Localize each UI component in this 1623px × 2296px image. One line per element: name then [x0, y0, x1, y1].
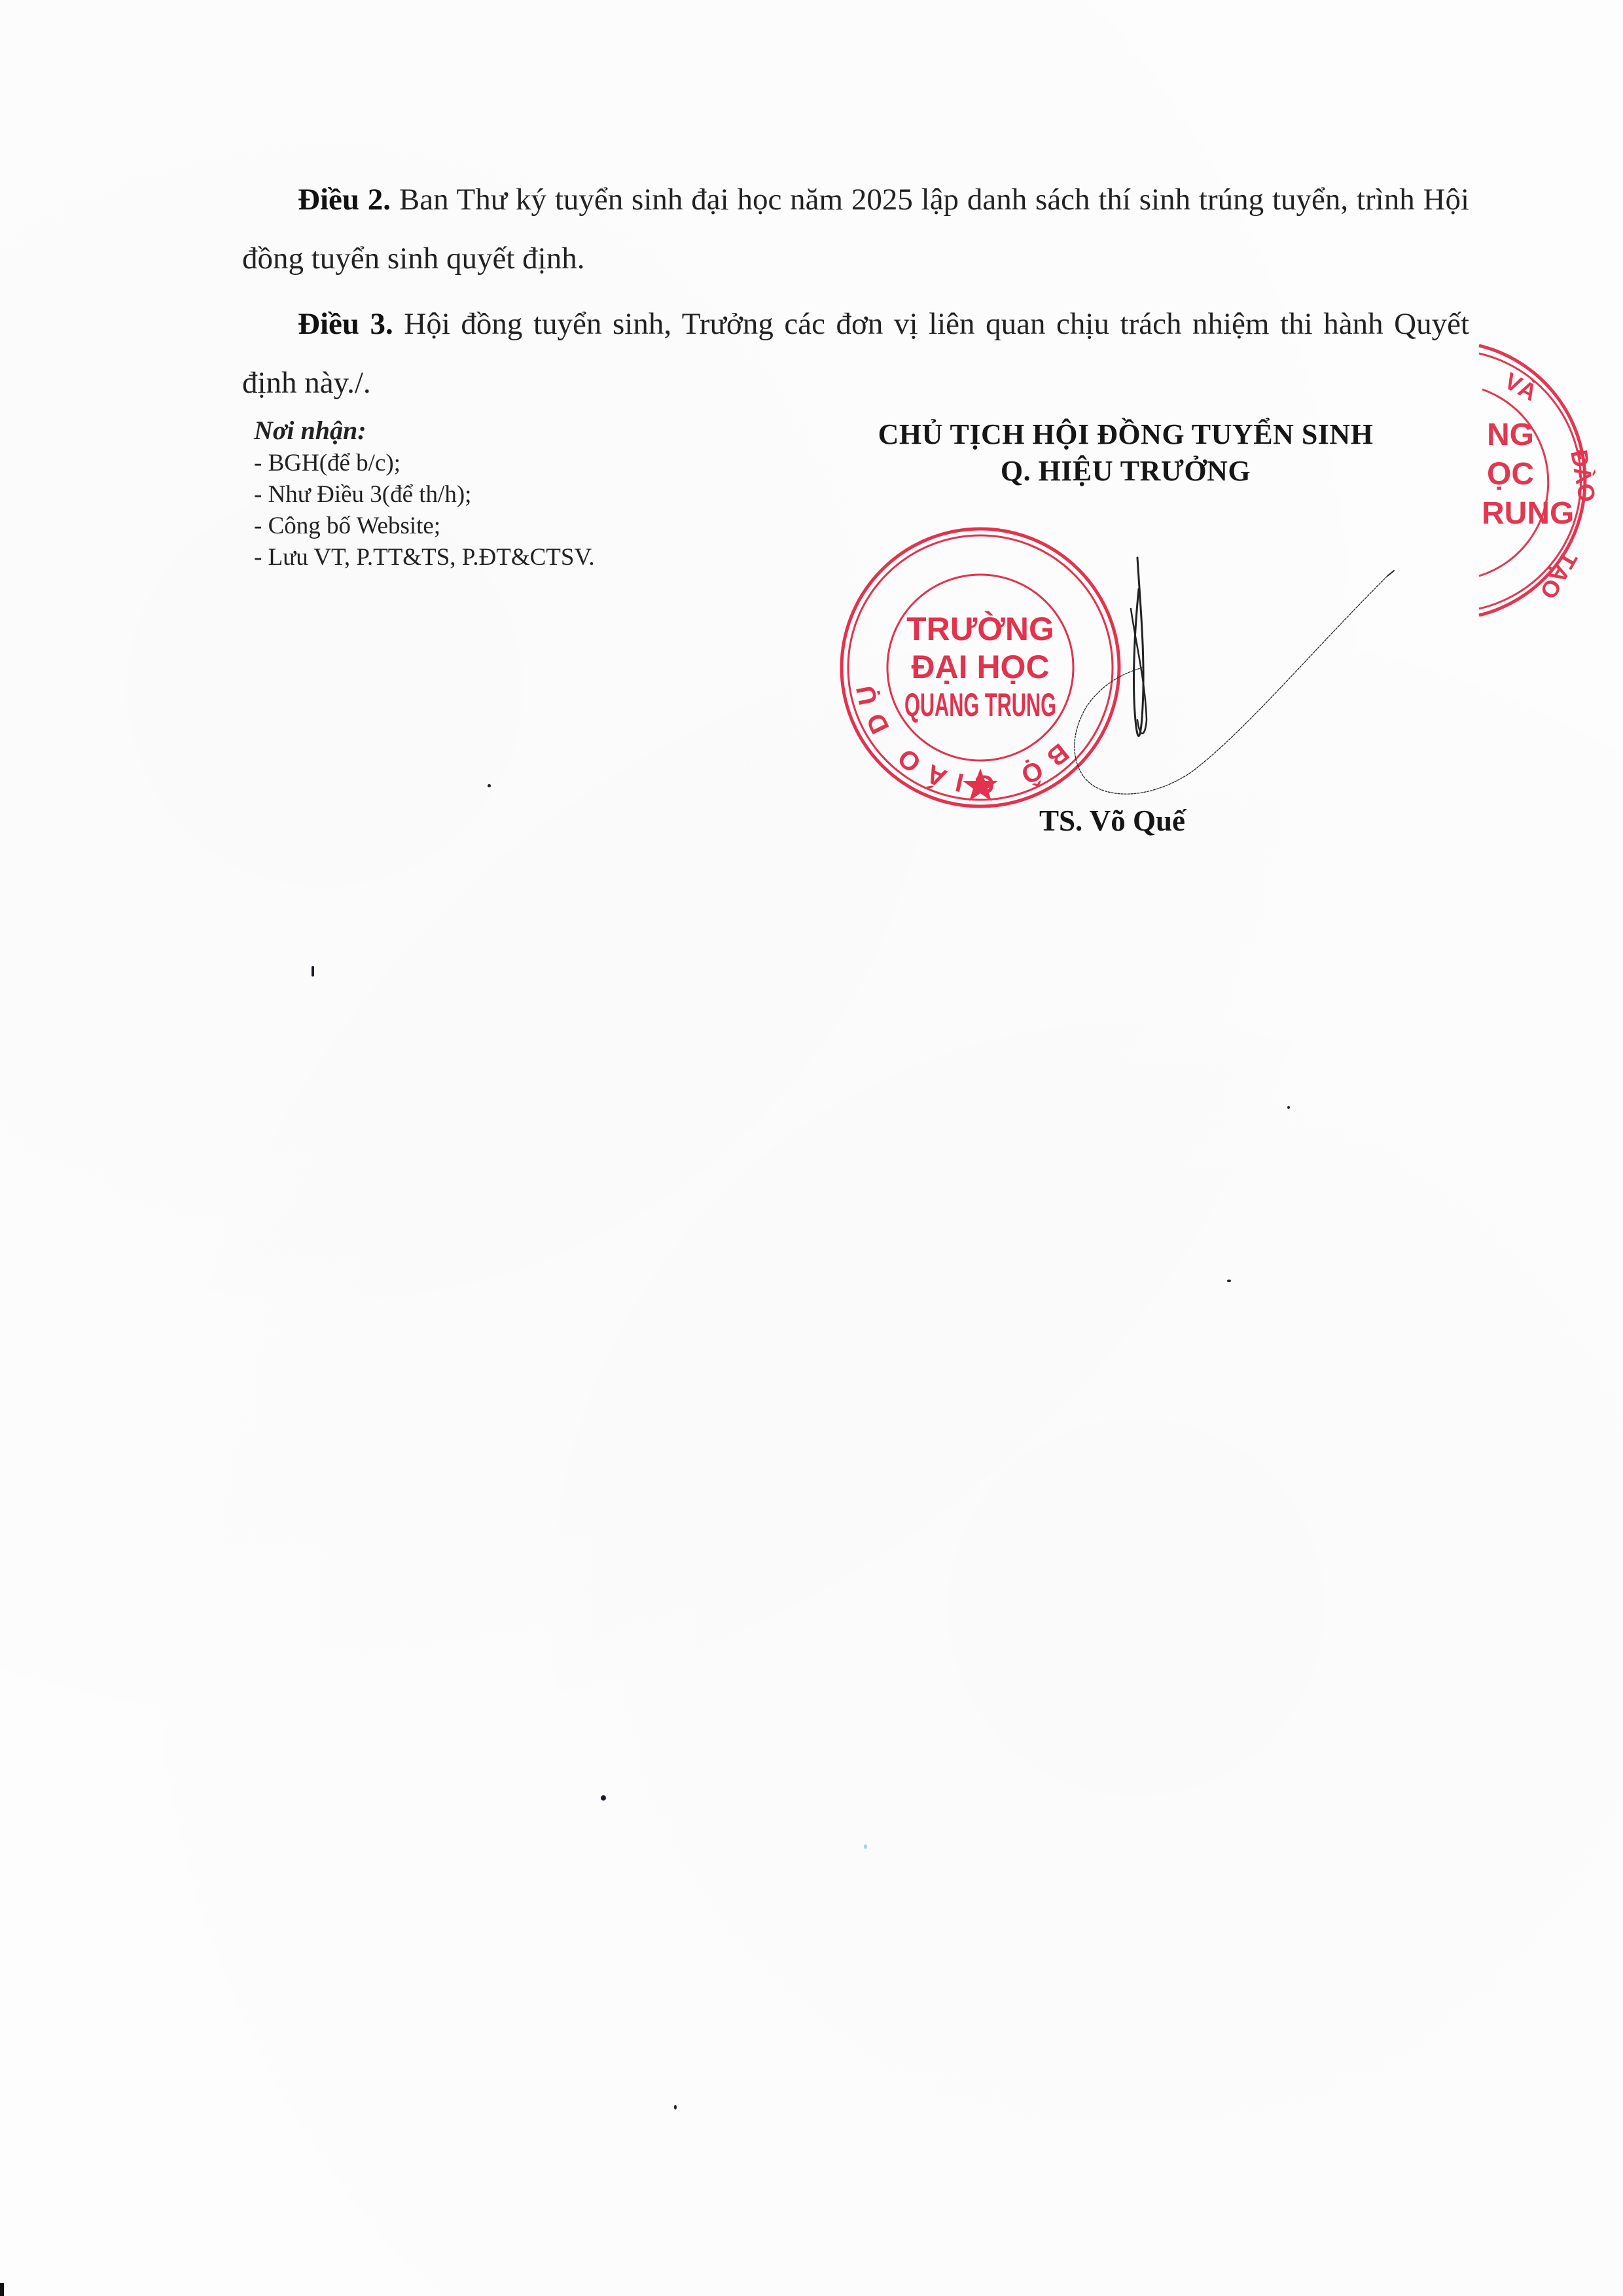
- article-2-label: Điều 2.: [298, 183, 391, 217]
- article-3-label: Điều 3.: [298, 307, 393, 341]
- article-2-paragraph: Điều 2. Ban Thư ký tuyển sinh đại học nă…: [242, 170, 1469, 288]
- signer-name: TS. Võ Quế: [1039, 804, 1185, 838]
- partial-stamp-inner-3: RUNG: [1482, 496, 1574, 531]
- recipients-title: Nơi nhận:: [254, 414, 595, 448]
- scan-speck: [674, 2105, 677, 2109]
- stamp-inner-line-1: TRƯỜNG: [906, 611, 1054, 647]
- scan-edge-mark: [0, 2283, 4, 2296]
- article-3-paragraph: Điều 3. Hội đồng tuyển sinh, Trưởng các …: [242, 295, 1469, 412]
- scan-speck: [312, 966, 314, 977]
- stamp-inner-line-2: ĐẠI HỌC: [911, 649, 1049, 685]
- document-page: Điều 2. Ban Thư ký tuyển sinh đại học nă…: [0, 0, 1623, 2296]
- partial-stamp-inner-2: ỌC: [1487, 457, 1534, 492]
- scan-speck: [1227, 1280, 1231, 1282]
- recipient-item: - Công bố Website;: [254, 511, 595, 542]
- partial-seal-stamp: VÀ ĐÀO TẠO NG ỌC RUNG: [1315, 327, 1623, 628]
- partial-stamp-inner-1: NG: [1487, 418, 1534, 452]
- scan-speck: [601, 1795, 606, 1801]
- scan-speck: [488, 784, 491, 787]
- recipient-item: - Lưu VT, P.TT&TS, P.ĐT&CTSV.: [254, 542, 595, 573]
- stamp-inner-line-3: QUANG TRUNG: [904, 687, 1056, 723]
- recipient-item: - BGH(để b/c);: [254, 448, 595, 479]
- article-2-text: Ban Thư ký tuyển sinh đại học năm 2025 l…: [242, 183, 1469, 276]
- scan-speck: [864, 1844, 867, 1849]
- recipients-block: Nơi nhận: - BGH(để b/c); - Như Điều 3(để…: [254, 414, 595, 573]
- scan-speck: [1287, 1106, 1290, 1109]
- recipient-item: - Như Điều 3(để th/h);: [254, 479, 595, 511]
- article-3-text: Hội đồng tuyển sinh, Trưởng các đơn vị l…: [242, 307, 1469, 400]
